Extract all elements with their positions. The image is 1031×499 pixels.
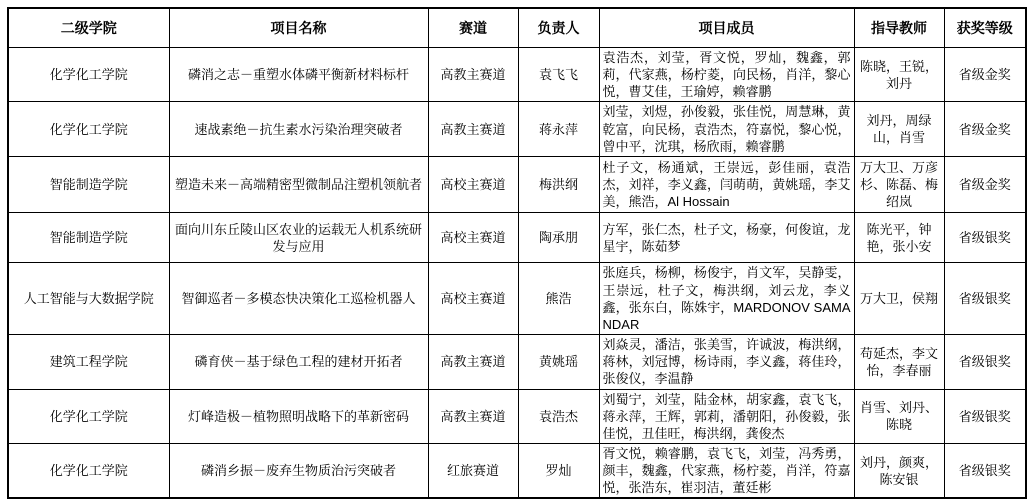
table-row: 智能制造学院面向川东丘陵山区农业的运载无人机系统研发与应用高校主赛道陶承朋方军，… <box>8 213 1026 263</box>
cell-track: 高教主赛道 <box>428 389 518 443</box>
cell-members: 刘莹，刘煜，孙俊毅，张佳悦，周慧琳，黄乾富，向民杨，袁浩杰，符嘉悦，黎心悦，曾中… <box>599 102 854 156</box>
cell-project: 磷育侠－基于绿色工程的建材开拓者 <box>169 335 428 389</box>
cell-leader: 陶承朋 <box>518 213 599 263</box>
header-college: 二级学院 <box>8 8 169 48</box>
cell-members: 胥文悦，赖睿鹏，袁飞飞，刘莹，冯秀勇，颜丰，魏鑫，代家燕，杨柠菱，肖洋，符嘉悦，… <box>599 443 854 498</box>
table-header-row: 二级学院 项目名称 赛道 负责人 项目成员 指导教师 获奖等级 <box>8 8 1026 48</box>
cell-college: 建筑工程学院 <box>8 335 169 389</box>
header-advisors: 指导教师 <box>854 8 944 48</box>
cell-college: 智能制造学院 <box>8 213 169 263</box>
cell-college: 化学化工学院 <box>8 48 169 102</box>
cell-advisors: 陈光平，钟艳，张小安 <box>854 213 944 263</box>
cell-members: 张庭兵，杨柳，杨俊宇，肖文军，吴静雯，王崇远，杜子文，梅洪纲，刘云龙，李义鑫，张… <box>599 263 854 335</box>
table-row: 化学化工学院灯峰造极－植物照明战略下的革新密码高教主赛道袁浩杰刘蜀宁，刘莹，陆金… <box>8 389 1026 443</box>
award-table-sheet: 二级学院 项目名称 赛道 负责人 项目成员 指导教师 获奖等级 化学化工学院磷消… <box>0 0 1031 460</box>
table-row: 化学化工学院速战素绝－抗生素水污染治理突破者高教主赛道蒋永萍刘莹，刘煜，孙俊毅，… <box>8 102 1026 156</box>
cell-track: 高教主赛道 <box>428 102 518 156</box>
table-body: 化学化工学院磷消之志－重塑水体磷平衡新材料标杆高教主赛道袁飞飞袁浩杰，刘莹，胥文… <box>8 48 1026 499</box>
cell-college: 化学化工学院 <box>8 102 169 156</box>
award-table: 二级学院 项目名称 赛道 负责人 项目成员 指导教师 获奖等级 化学化工学院磷消… <box>7 7 1027 499</box>
cell-award: 省级银奖 <box>944 213 1026 263</box>
cell-advisors: 陈晓，王锐，刘丹 <box>854 48 944 102</box>
cell-members: 方军，张仁杰，杜子文，杨豪，何俊谊，龙星宇，陈茹梦 <box>599 213 854 263</box>
cell-college: 化学化工学院 <box>8 443 169 498</box>
cell-award: 省级金奖 <box>944 102 1026 156</box>
cell-project: 灯峰造极－植物照明战略下的革新密码 <box>169 389 428 443</box>
cell-college: 人工智能与大数据学院 <box>8 263 169 335</box>
cell-track: 高校主赛道 <box>428 156 518 212</box>
cell-project: 面向川东丘陵山区农业的运载无人机系统研发与应用 <box>169 213 428 263</box>
cell-leader: 熊浩 <box>518 263 599 335</box>
cell-project: 磷消之志－重塑水体磷平衡新材料标杆 <box>169 48 428 102</box>
cell-advisors: 刘丹，颜爽，陈安银 <box>854 443 944 498</box>
cell-award: 省级银奖 <box>944 389 1026 443</box>
cell-leader: 黄姚瑶 <box>518 335 599 389</box>
cell-track: 红旅赛道 <box>428 443 518 498</box>
cell-project: 塑造未来－高端精密型微制品注塑机领航者 <box>169 156 428 212</box>
cell-advisors: 刘丹，周绿山，肖雪 <box>854 102 944 156</box>
cell-award: 省级银奖 <box>944 443 1026 498</box>
cell-college: 智能制造学院 <box>8 156 169 212</box>
cell-members: 刘蜀宁，刘莹，陆金林，胡家鑫，袁飞飞，蒋永萍，王辉，郭莉，潘朝阳，孙俊毅，张佳悦… <box>599 389 854 443</box>
cell-track: 高教主赛道 <box>428 335 518 389</box>
table-row: 智能制造学院塑造未来－高端精密型微制品注塑机领航者高校主赛道梅洪纲杜子文，杨通斌… <box>8 156 1026 212</box>
header-leader: 负责人 <box>518 8 599 48</box>
cell-award: 省级金奖 <box>944 156 1026 212</box>
cell-leader: 蒋永萍 <box>518 102 599 156</box>
cell-project: 磷消乡振－废弃生物质治污突破者 <box>169 443 428 498</box>
header-project: 项目名称 <box>169 8 428 48</box>
cell-track: 高校主赛道 <box>428 213 518 263</box>
cell-track: 高教主赛道 <box>428 48 518 102</box>
cell-track: 高校主赛道 <box>428 263 518 335</box>
cell-leader: 袁飞飞 <box>518 48 599 102</box>
cell-advisors: 苟延杰，李文怡，李春丽 <box>854 335 944 389</box>
cell-project: 速战素绝－抗生素水污染治理突破者 <box>169 102 428 156</box>
table-row: 化学化工学院磷消之志－重塑水体磷平衡新材料标杆高教主赛道袁飞飞袁浩杰，刘莹，胥文… <box>8 48 1026 102</box>
cell-advisors: 肖雪、刘丹、陈晓 <box>854 389 944 443</box>
cell-leader: 罗灿 <box>518 443 599 498</box>
table-row: 建筑工程学院磷育侠－基于绿色工程的建材开拓者高教主赛道黄姚瑶刘焱灵，潘洁，张美雪… <box>8 335 1026 389</box>
cell-project: 智御巡者－多模态快决策化工巡检机器人 <box>169 263 428 335</box>
cell-leader: 梅洪纲 <box>518 156 599 212</box>
cell-advisors: 万大卫，侯翔 <box>854 263 944 335</box>
cell-members: 刘焱灵，潘洁，张美雪，许诚波，梅洪纲，蒋林，刘冠博，杨诗雨，李义鑫，蒋佳玲，张俊… <box>599 335 854 389</box>
cell-award: 省级银奖 <box>944 335 1026 389</box>
cell-award: 省级金奖 <box>944 48 1026 102</box>
table-row: 化学化工学院磷消乡振－废弃生物质治污突破者红旅赛道罗灿胥文悦，赖睿鹏，袁飞飞，刘… <box>8 443 1026 498</box>
cell-leader: 袁浩杰 <box>518 389 599 443</box>
table-row: 人工智能与大数据学院智御巡者－多模态快决策化工巡检机器人高校主赛道熊浩张庭兵，杨… <box>8 263 1026 335</box>
cell-members: 杜子文，杨通斌，王崇远，彭佳丽，袁浩杰，刘祥，李义鑫，闫萌萌，黄姚瑶，李艾美，熊… <box>599 156 854 212</box>
cell-advisors: 万大卫、万彦杉、陈磊、梅绍岚 <box>854 156 944 212</box>
header-award: 获奖等级 <box>944 8 1026 48</box>
cell-award: 省级银奖 <box>944 263 1026 335</box>
cell-college: 化学化工学院 <box>8 389 169 443</box>
header-members: 项目成员 <box>599 8 854 48</box>
cell-members: 袁浩杰，刘莹，胥文悦，罗灿，魏鑫，郭莉，代家燕，杨柠菱，向民杨，肖洋，黎心悦，曹… <box>599 48 854 102</box>
header-track: 赛道 <box>428 8 518 48</box>
